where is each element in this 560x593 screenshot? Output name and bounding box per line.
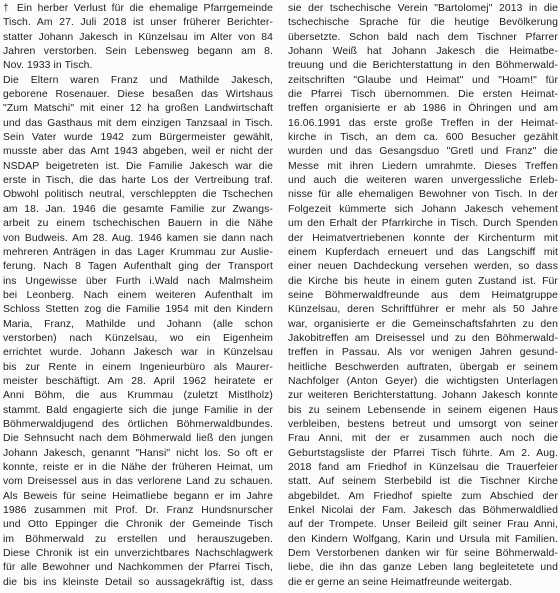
- text-line: im Böhmerwald zu erstellen und herauszug…: [3, 533, 273, 547]
- text-line: einem Kupferdach erneuert und das Langsc…: [288, 246, 558, 260]
- text-line: Böhmerwaldjugend des örtlichen Böhmerwal…: [3, 418, 273, 432]
- text-line: Sein Vater wurde 1942 zum Bürgermeister …: [3, 131, 273, 145]
- text-line: kirche in Tisch, an dem ca. 600 Besucher…: [288, 131, 558, 145]
- text-line: 16.06.1991 das erste große Treffen in de…: [288, 117, 558, 131]
- text-line: errichtet wurde. Johann Jakesch war in K…: [3, 346, 273, 360]
- text-line: nisse für alle ehemaligen Bewohner von T…: [288, 188, 558, 202]
- text-line: Die Sehnsucht nach dem Böhmerwald ließ d…: [3, 432, 273, 446]
- text-line: und das Gasthaus mit dem einzigen Tanzsa…: [3, 117, 273, 131]
- text-line: liebe, die ihn das ganze Leben lang begl…: [288, 561, 558, 575]
- text-line: die Kirche bis heute in einem guten Zust…: [288, 275, 558, 289]
- text-line: treffen in Passau. Als vor wenigen Jahre…: [288, 346, 558, 360]
- text-line: Maria, Franz, Mathilde und Johann (alle …: [3, 318, 273, 332]
- text-line: bis zu seinem Lebensende in seinem eigen…: [288, 404, 558, 418]
- text-line: Johann Jakesch, genannt "Hansi" nicht lo…: [3, 447, 273, 461]
- text-line: Jakobitreffen am Dreisessel und zu den B…: [288, 332, 558, 346]
- text-line: treffen organisierte er ab 1986 in Öhrin…: [288, 102, 558, 116]
- text-column-right: sie der tschechische Verein "Bartolomej"…: [288, 2, 558, 592]
- text-line: von Budweis. Am 28. Aug. 1946 kamen sie …: [3, 232, 273, 246]
- text-line: und auch die weiteren waren unvergesslic…: [288, 174, 558, 188]
- text-line: † Ein herber Verlust für die ehemalige P…: [3, 2, 273, 16]
- text-line: heitliche Beschwerden auftraten, übergab…: [288, 361, 558, 375]
- text-line: ferung. Nach 8 Tagen Aufenthalt ging der…: [3, 260, 273, 274]
- text-line: den Kindern Wolfgang, Karin und Ursula m…: [288, 533, 558, 547]
- text-line: mehreren Anträgen in das Lager Krummau z…: [3, 246, 273, 260]
- text-line: die bis ins kleinste Detail so aussagekr…: [3, 576, 273, 590]
- text-line: Tisch. Am 27. Juli 2018 ist unser früher…: [3, 16, 273, 30]
- text-line: bis zur Rente in einem Ingenieurbüro als…: [3, 361, 273, 375]
- text-line: NSDAP beigetreten ist. Die Familie Jakes…: [3, 160, 273, 174]
- text-line: Messe mit ihren Liedern umrahmte. Dieses…: [288, 160, 558, 174]
- text-line: vom Dreisessel aus in das verlorene Land…: [3, 475, 273, 489]
- text-line: Obwohl politisch neutral, verschleppten …: [3, 188, 273, 202]
- text-line: Künzelsau, deren Schriftführer er mehr a…: [288, 303, 558, 317]
- text-line: Dem Verstorbenen danken wir für seine Bö…: [288, 547, 558, 561]
- text-line: statt. Auf seinem Sterbebild ist die Tis…: [288, 475, 558, 489]
- text-line: Als Beweis für seine Heimatliebe begann …: [3, 490, 273, 504]
- text-line: stammt. Bald engagierte sich die junge F…: [3, 404, 273, 418]
- text-line: konnte, reiste er in die Nähe der früher…: [3, 461, 273, 475]
- text-line: erste in Tisch, die das harte Los der Ve…: [3, 174, 273, 188]
- text-line: Folgezeit kümmerte sich Johann Jakesch v…: [288, 203, 558, 217]
- text-line: geborene Rosenauer. Diese besaßen das Wi…: [3, 88, 273, 102]
- text-line: abgebildet. Am Friedhof spielte zum Absc…: [288, 490, 558, 504]
- text-line: ins Ungewisse über Furth i.Wald nach Mal…: [3, 275, 273, 289]
- text-line: am 18. Jan. 1946 die gesamte Familie zur…: [3, 203, 273, 217]
- text-line: Frau Anni, mit der er zusammen auch noch…: [288, 432, 558, 446]
- text-line: musste aber das Amt 1943 abgeben, weil e…: [3, 145, 273, 159]
- text-column-left: † Ein herber Verlust für die ehemalige P…: [3, 2, 273, 592]
- text-line: der Heimatvertriebenen konnte der Kirche…: [288, 232, 558, 246]
- text-line: verbleiben, bestens betreut und umsorgt …: [288, 418, 558, 432]
- text-line: seine Böhmerwaldfreunde aus dem Heimatgr…: [288, 289, 558, 303]
- text-line: Schloss Stetten zog die Familie 1954 mit…: [3, 303, 273, 317]
- text-line: war, organisierte er die Gemeinschaftsfa…: [288, 318, 558, 332]
- text-line: zeitschriften "Glaube und Heimat" und "H…: [288, 74, 558, 88]
- text-line: 2018 fand am Friedhof in Künzelsau die T…: [288, 461, 558, 475]
- text-line: verstorben) nach Künzelsau, wo ein Eigen…: [3, 332, 273, 346]
- text-line: Die Eltern waren Franz und Mathilde Jake…: [3, 74, 273, 88]
- text-line: tschechische Sprache für die heutige Bev…: [288, 16, 558, 30]
- text-line: einer neuen Dachdeckung versehen werden,…: [288, 260, 558, 274]
- text-line: Johann Weiß hat Johann Jakesch die Heima…: [288, 45, 558, 59]
- text-line: meister beschäftigt. Am 28. April 1962 h…: [3, 375, 273, 389]
- text-line: übersetzte. Schon bald nach dem Tischner…: [288, 31, 558, 45]
- text-line: sie der tschechische Verein "Bartolomej"…: [288, 2, 558, 16]
- text-line: statter Johann Jakesch in Künzelsau im A…: [3, 31, 273, 45]
- text-line: Jahren verstorben. Sein Lebensweg begann…: [3, 45, 273, 59]
- text-line: Diese Chronik ist ein unverzichtbares Na…: [3, 547, 273, 561]
- text-line: Anni Böhm, die aus Krummau (zuletzt Mist…: [3, 389, 273, 403]
- text-line: Nachfolger (Anton Geyer) die wichtigsten…: [288, 375, 558, 389]
- text-line: Nov. 1933 in Tisch.: [3, 59, 273, 73]
- text-line: für alle Bewohner und Nachkommen der Pfa…: [3, 561, 273, 575]
- text-line: arbeit zu einem tschechischen Bauern in …: [3, 217, 273, 231]
- text-line: auf der Trompete. Unser Beileid gilt sei…: [288, 518, 558, 532]
- text-line: die er gerne an seine Heimatfreunde weit…: [288, 576, 558, 590]
- text-line: "Zum Matschi" mit einer 12 ha großen Lan…: [3, 102, 273, 116]
- text-line: um den Erhalt der Pfarrkirche in Tisch. …: [288, 217, 558, 231]
- obituary-article-page: † Ein herber Verlust für die ehemalige P…: [0, 0, 560, 593]
- text-line: Geburtstagsliste der Pfarrei Tisch führt…: [288, 447, 558, 461]
- text-line: wurden und das Gesangsduo "Gretl und Fra…: [288, 145, 558, 159]
- text-line: die Pfarrei Tisch übernommen. Die ersten…: [288, 88, 558, 102]
- text-line: Enkel Nicolai der Fam. Jakesch das Böhme…: [288, 504, 558, 518]
- text-line: bei Leonberg. Nach einem weiteren Aufent…: [3, 289, 273, 303]
- text-line: zur weiteren Berichterstattung. Johann J…: [288, 389, 558, 403]
- text-line: und Otto Eppinger die Chronik der Gemein…: [3, 518, 273, 532]
- text-line: 1986 zusammen mit Prof. Dr. Franz Hundsn…: [3, 504, 273, 518]
- text-line: treuung und die Berichterstattung in den…: [288, 59, 558, 73]
